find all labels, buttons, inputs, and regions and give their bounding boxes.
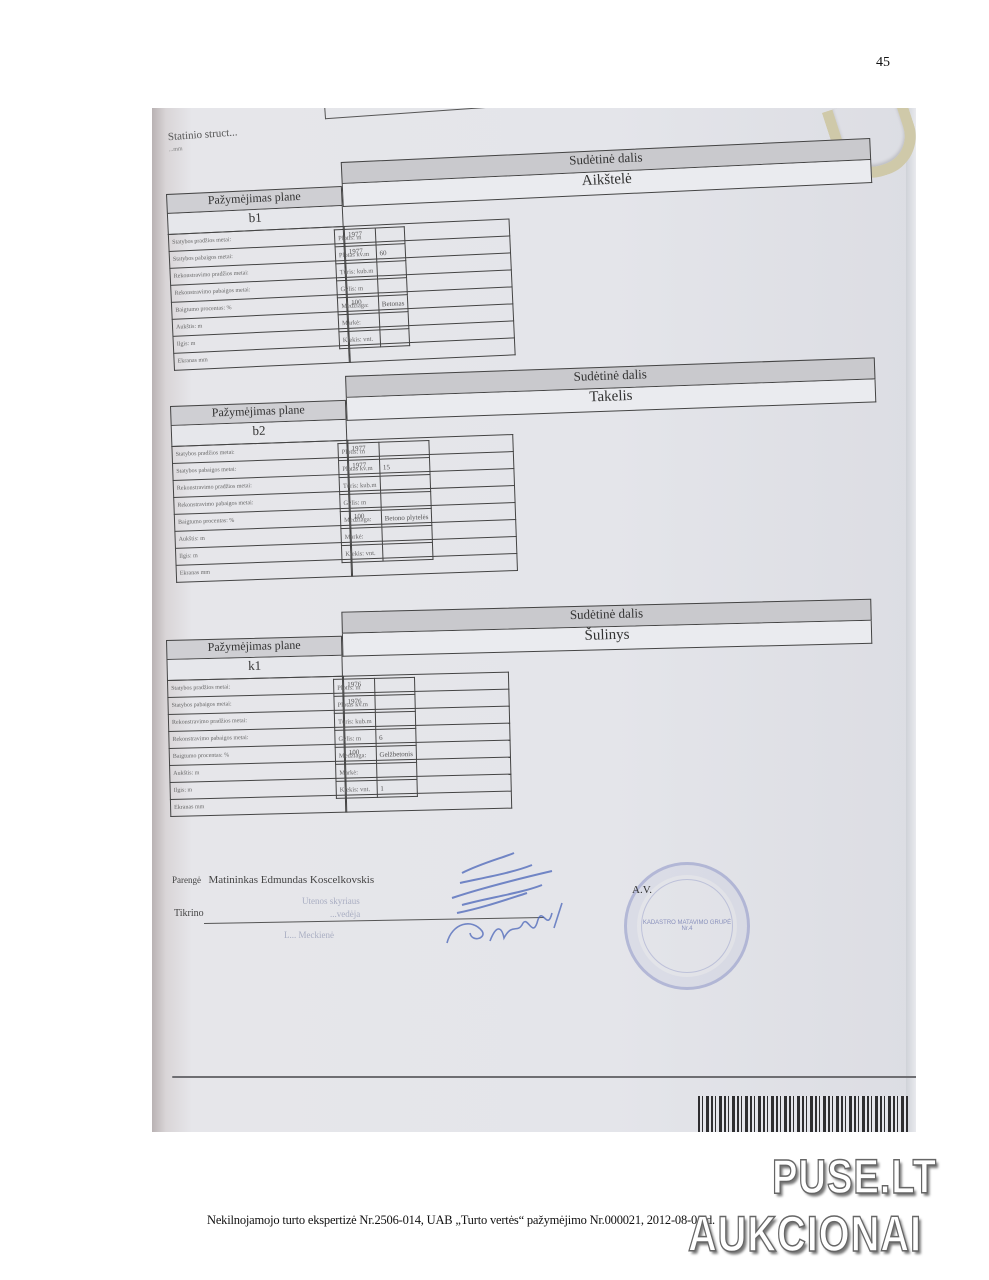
left-row-label: Ekranas mm — [170, 795, 345, 816]
right-row-label: Kiekis: vnt. — [336, 780, 377, 798]
right-row-label: Markė: — [336, 763, 377, 781]
marking-column: Pažymėjimas planeb1Statybos pradžios met… — [166, 186, 350, 371]
right-row-label: Kiekis: vnt. — [339, 330, 380, 349]
left-row: Ekranas mm — [170, 795, 345, 816]
official-stamp: KADASTRO MATAVIMO GRUPĖ Nr.4 — [624, 862, 750, 990]
right-row-value — [375, 694, 416, 712]
right-row: Plotis: m — [334, 677, 415, 696]
right-row-value — [379, 329, 409, 347]
right-row-value: Gelžbetonis — [376, 745, 417, 763]
right-row-value: Betonas — [378, 295, 408, 313]
right-row: Plotas kv.m — [334, 694, 415, 713]
prepared-label: Parengė — [172, 875, 201, 885]
checked-stamp-line-1: Utenos skyriaus — [302, 896, 360, 906]
page-edge — [906, 108, 916, 1132]
checked-stamp-line-2: ...vedėja — [330, 909, 360, 919]
right-row-value — [375, 711, 416, 729]
right-row-label: Medžiaga: — [340, 510, 381, 528]
right-row-value — [377, 278, 407, 296]
barcode — [698, 1096, 908, 1132]
checked-label: Tikrino — [174, 908, 204, 919]
right-row-label: Gylis: m — [340, 493, 381, 511]
right-row-value: 1 — [377, 779, 418, 797]
prepared-name: Matininkas Edmundas Koscelkovskis — [209, 874, 375, 886]
right-row: Gylis: m6 — [335, 728, 416, 747]
right-table: Plotis: mPlotas kv.m60Tūris: kub.mGylis:… — [334, 226, 411, 349]
header-box — [324, 108, 846, 119]
right-row-label: Plotas kv.m — [335, 245, 376, 264]
right-row-value — [376, 762, 417, 780]
right-row-value — [380, 491, 431, 510]
footer-text: Nekilnojamojo turto ekspertizė Nr.2506-0… — [207, 1213, 715, 1228]
document-photo: Statinio struct... ...mm Sudėtinė dalisA… — [152, 108, 916, 1132]
right-table: Plotis: mPlotas kv.mTūris: kub.mGylis: m… — [333, 677, 418, 799]
stamp-text: KADASTRO MATAVIMO GRUPĖ Nr.4 — [641, 879, 733, 973]
right-row-label: Medžiaga: — [335, 746, 376, 764]
right-row-label: Gylis: m — [335, 729, 376, 747]
right-row-value: 60 — [376, 244, 406, 262]
bottom-rule — [172, 1076, 916, 1078]
right-table: Plotis: mPlotas kv.m15Tūris: kub.mGylis:… — [337, 440, 433, 563]
right-row: Markė: — [336, 762, 417, 781]
left-label-table: Statybos pradžios metai:Statybos pabaigo… — [168, 226, 350, 371]
prepared-row: Parengė Matininkas Edmundas Koscelkovski… — [172, 874, 374, 886]
right-row: Kiekis: vnt.1 — [336, 779, 417, 798]
component-header-area: Sudėtinė dalisAikštelė — [341, 138, 872, 207]
component-header-area: Sudėtinė dalisŠulinys — [341, 599, 872, 657]
right-row-value: 6 — [375, 728, 416, 746]
right-row: Kiekis: vnt. — [341, 542, 433, 562]
header-title: Statinio struct... — [168, 126, 238, 143]
header-subtitle: ...mm — [169, 146, 183, 153]
right-row-label: Medžiaga: — [337, 296, 378, 315]
right-row-label: Plotas kv.m — [334, 695, 375, 713]
right-row-label: Kiekis: vnt. — [341, 544, 382, 562]
right-row-label: Markė: — [338, 313, 379, 332]
right-row-label: Plotis: m — [334, 678, 375, 696]
right-row-value — [380, 474, 431, 493]
right-row: Medžiaga:Gelžbetonis — [335, 745, 416, 764]
right-row-label: Tūris: kub.m — [334, 712, 375, 730]
right-row-value — [378, 440, 429, 459]
right-row-label: Gylis: m — [337, 279, 378, 298]
right-row-value — [381, 525, 432, 544]
right-row-value: 15 — [379, 457, 430, 476]
right-row-label: Plotis: m — [334, 228, 375, 247]
right-row-value — [379, 312, 409, 330]
right-row-value — [382, 542, 433, 561]
right-row-label: Tūris: kub.m — [336, 262, 377, 281]
watermark-line-1: PUSE.LT — [772, 1150, 937, 1205]
right-row-label: Plotas kv.m — [339, 459, 380, 477]
checked-stamp-line-3: L... Meckienė — [284, 930, 334, 940]
watermark-line-2: AUKCIONAI — [688, 1205, 922, 1263]
right-row: Kiekis: vnt. — [339, 329, 410, 349]
signature-scribbles — [442, 843, 592, 953]
page-number: 45 — [876, 55, 890, 71]
left-label-table: Statybos pradžios metai:Statybos pabaigo… — [167, 676, 346, 817]
right-row-value — [374, 677, 415, 695]
right-row-value: Betono plytelės — [381, 508, 432, 527]
marking-column: Pažymėjimas planeb2Statybos pradžios met… — [170, 400, 352, 583]
right-row-label: Tūris: kub.m — [339, 476, 380, 494]
right-row-value — [376, 261, 406, 279]
left-label-table: Statybos pradžios metai:Statybos pabaigo… — [171, 440, 352, 583]
right-row: Tūris: kub.m — [334, 711, 415, 730]
component-header-area: Sudėtinė dalisTakelis — [345, 357, 876, 420]
marking-column: Pažymėjimas planek1Statybos pradžios met… — [166, 636, 346, 817]
right-row-value — [375, 227, 405, 245]
right-row-label: Plotis: m — [338, 442, 379, 460]
right-row-label: Markė: — [341, 527, 382, 545]
av-label: A.V. — [632, 884, 652, 896]
